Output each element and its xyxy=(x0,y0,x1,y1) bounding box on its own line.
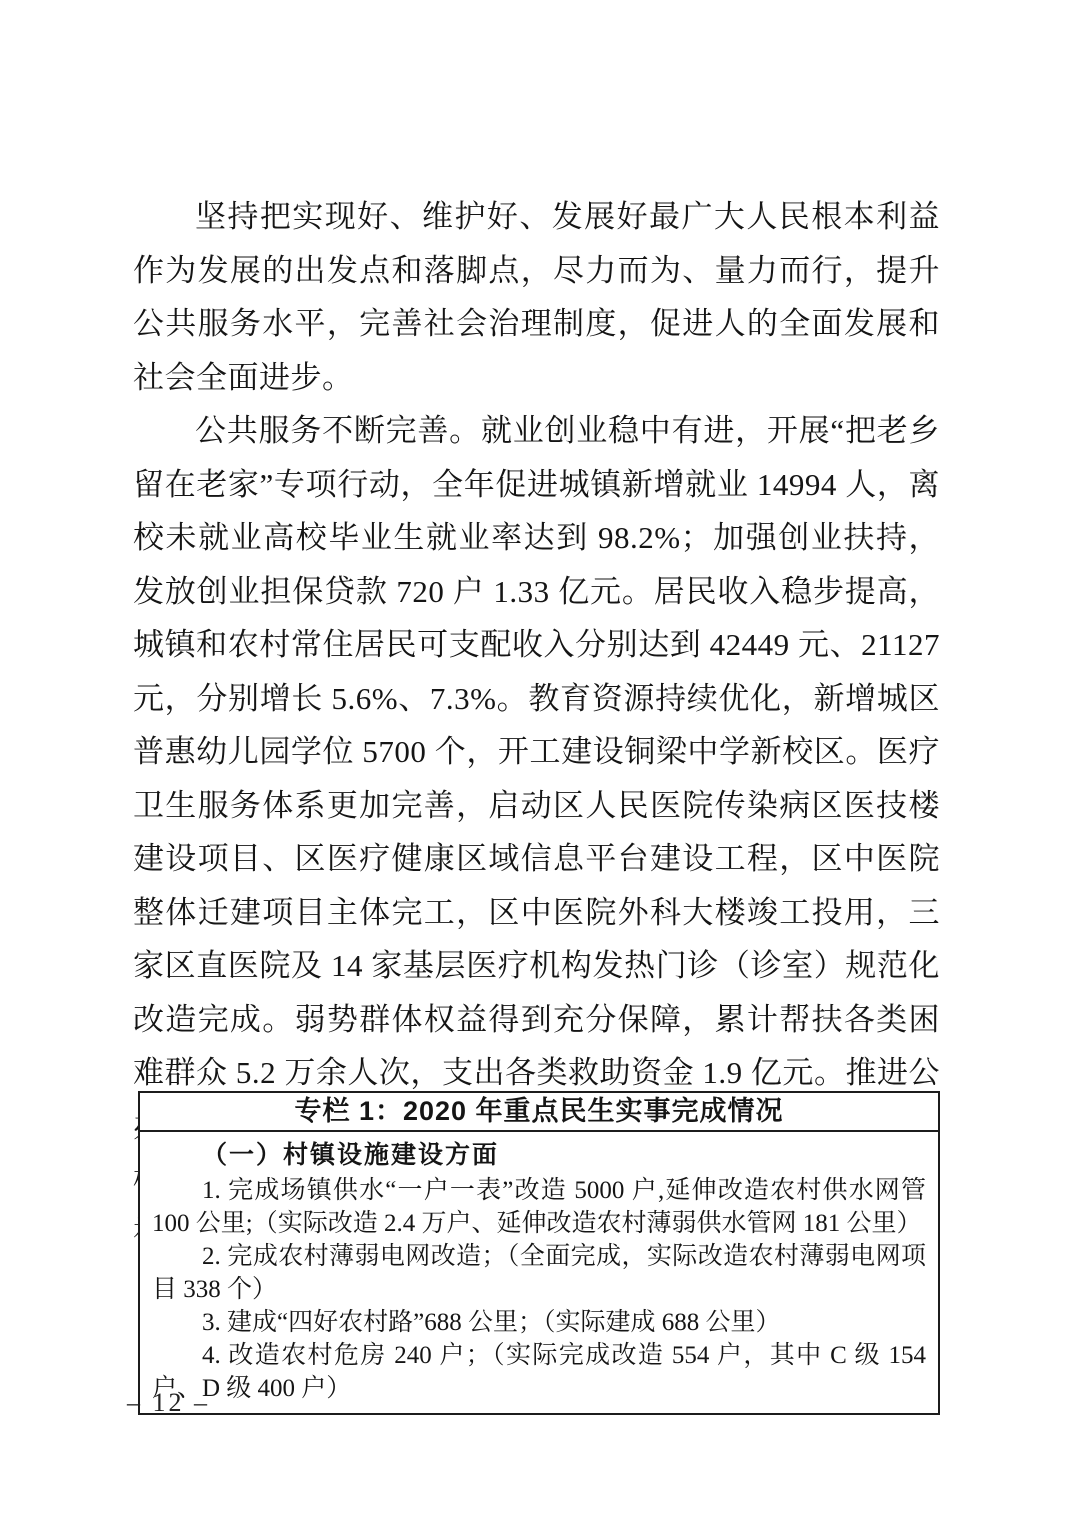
panel-item: 1. 完成场镇供水“一户一表”改造 5000 户,延伸改造农村供水网管 100 … xyxy=(152,1174,926,1240)
highlight-panel: 专栏 1：2020 年重点民生实事完成情况 （一）村镇设施建设方面 1. 完成场… xyxy=(138,1091,940,1415)
panel-item: 4. 改造农村危房 240 户；（实际完成改造 554 户，其中 C 级 154… xyxy=(152,1339,926,1405)
panel-body: （一）村镇设施建设方面 1. 完成场镇供水“一户一表”改造 5000 户,延伸改… xyxy=(140,1132,938,1413)
panel-title: 专栏 1：2020 年重点民生实事完成情况 xyxy=(140,1093,938,1132)
document-page: 坚持把实现好、维护好、发展好最广大人民根本利益作为发展的出发点和落脚点，尽力而为… xyxy=(0,0,1074,1520)
panel-item: 3. 建成“四好农村路”688 公里；（实际建成 688 公里） xyxy=(152,1306,926,1339)
body-paragraph: 坚持把实现好、维护好、发展好最广大人民根本利益作为发展的出发点和落脚点，尽力而为… xyxy=(133,190,940,404)
panel-section-heading: （一）村镇设施建设方面 xyxy=(152,1139,926,1172)
panel-item: 2. 完成农村薄弱电网改造；（全面完成，实际改造农村薄弱电网项目 338 个） xyxy=(152,1240,926,1306)
page-number: – 12 – xyxy=(127,1388,210,1418)
